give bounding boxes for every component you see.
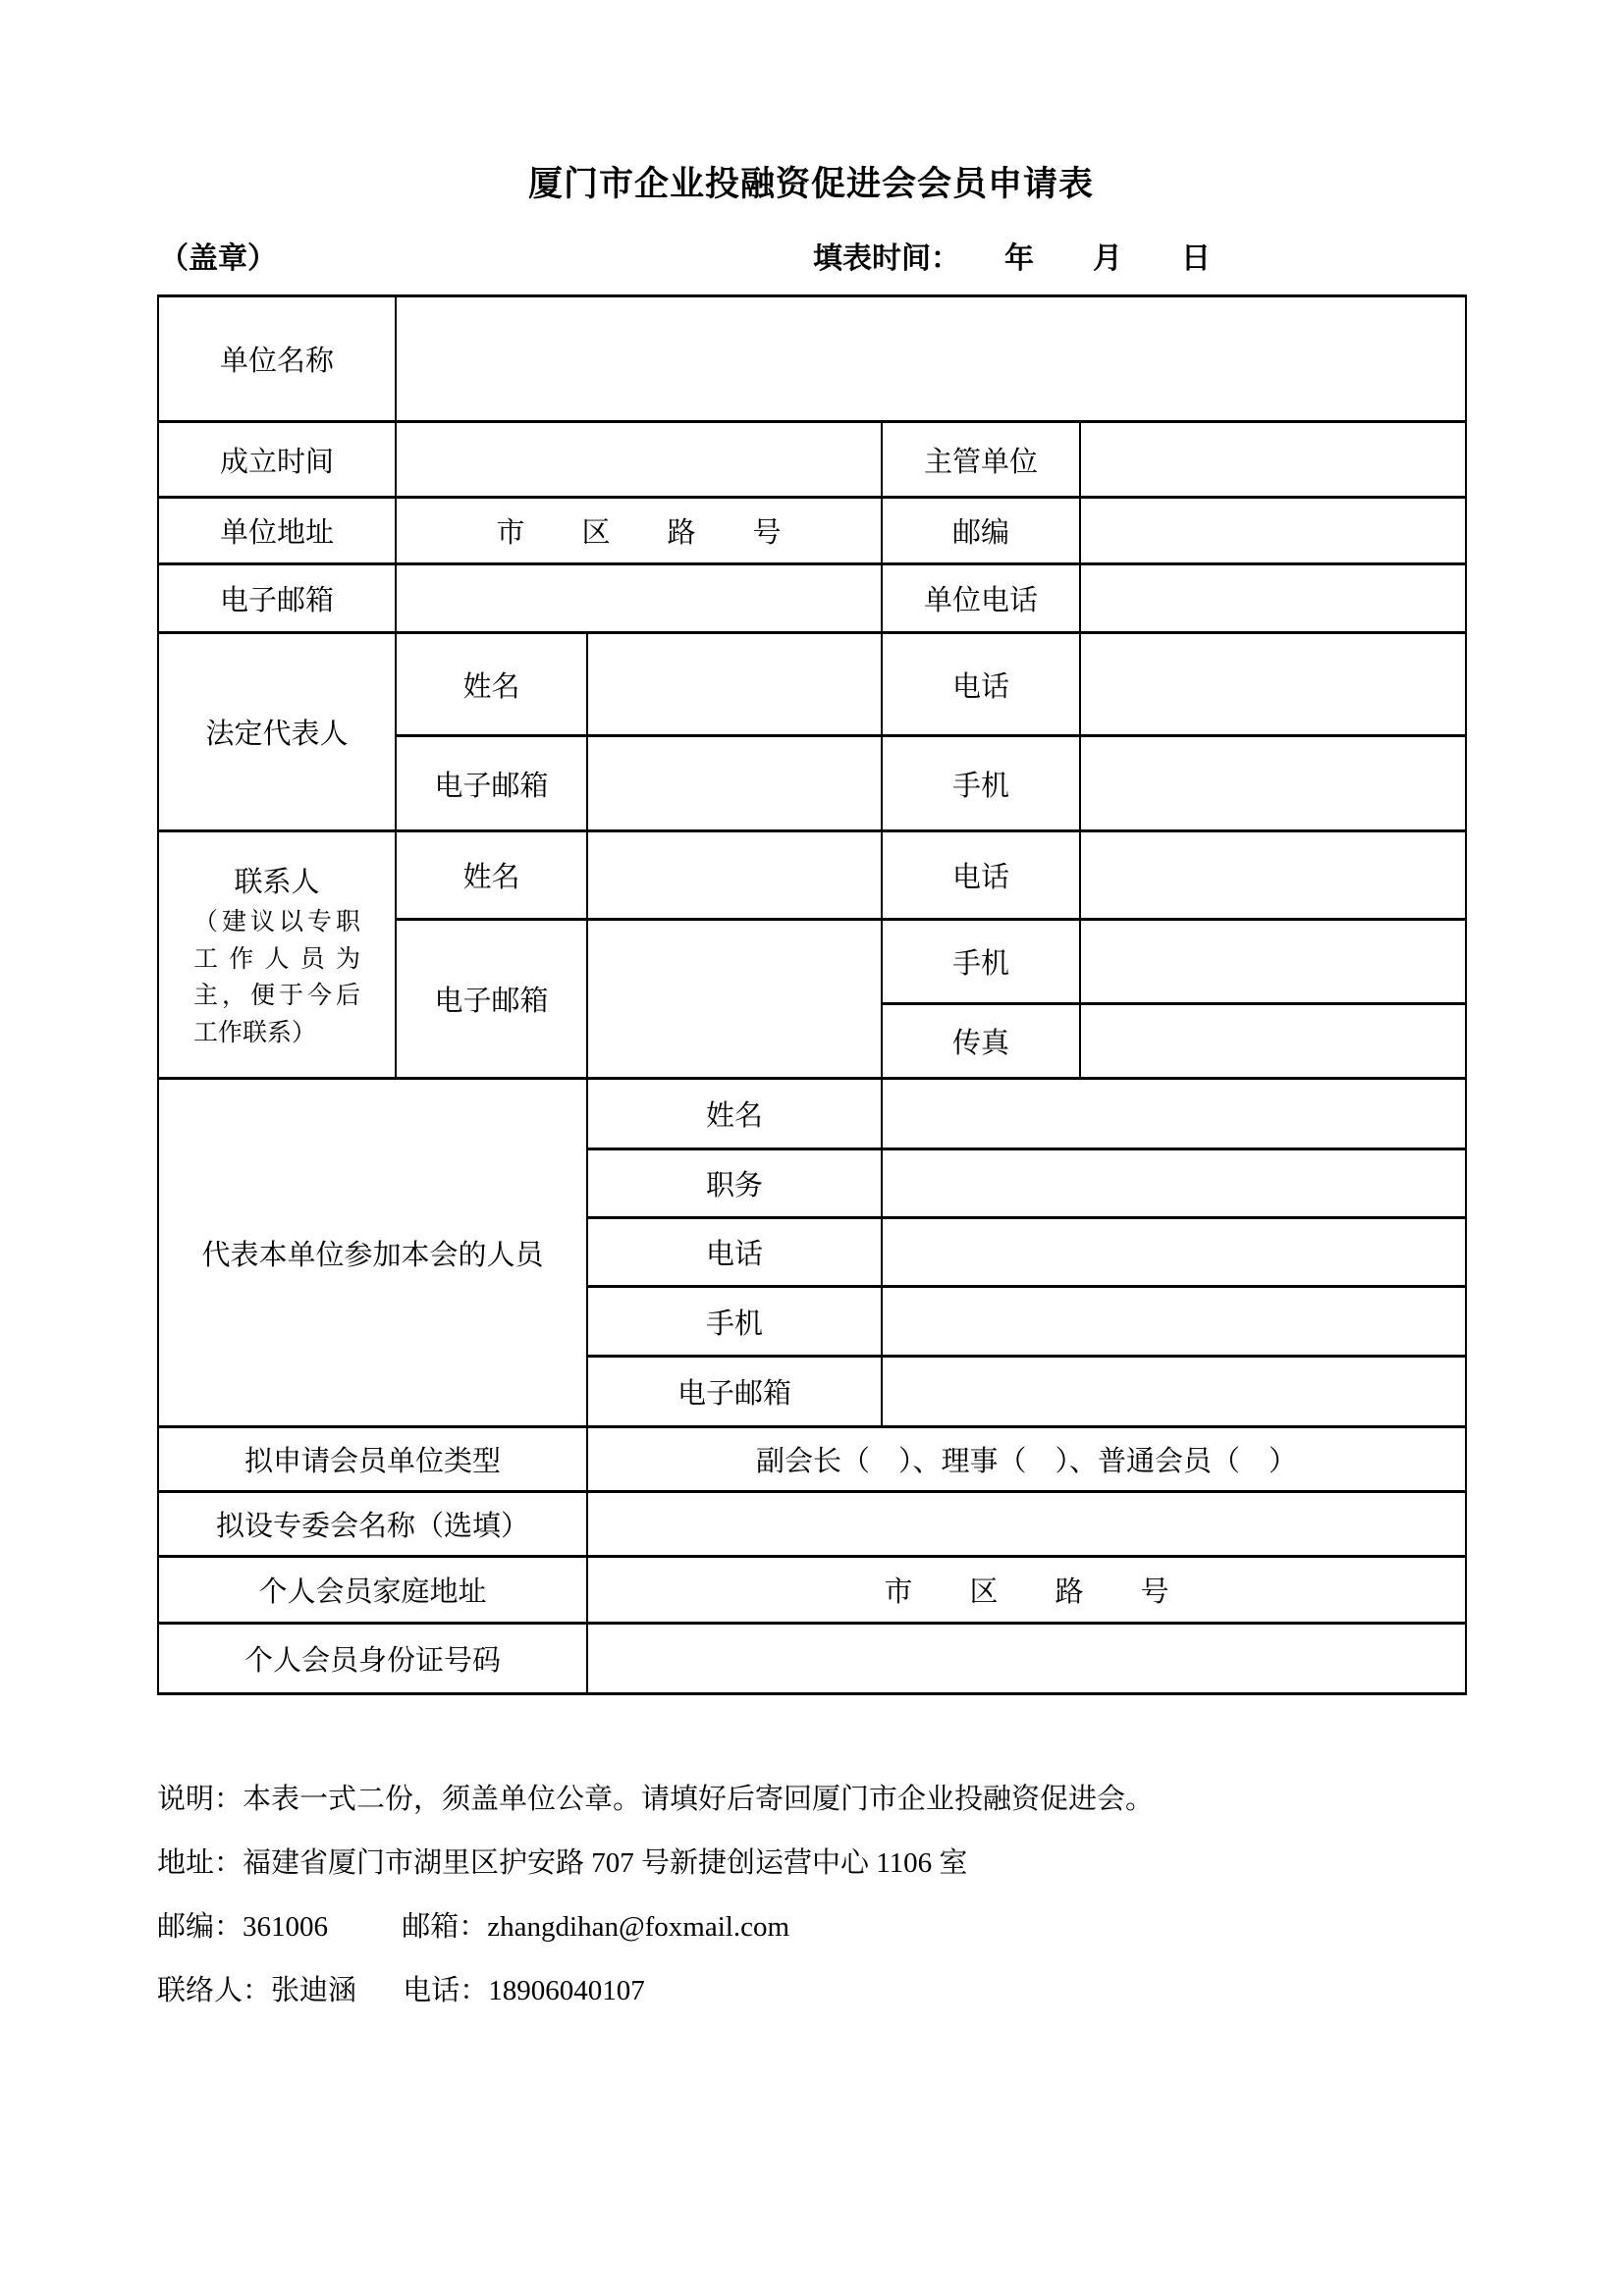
rep-members-label: 代表本单位参加本会的人员	[158, 1079, 587, 1427]
id-number-label: 个人会员身份证号码	[158, 1624, 587, 1694]
postcode-label: 邮编	[882, 498, 1080, 564]
home-address-label: 个人会员家庭地址	[158, 1557, 587, 1624]
rep-name-field	[882, 1079, 1466, 1149]
rep-phone-label: 电话	[587, 1218, 882, 1287]
supervisor-unit-label: 主管单位	[882, 422, 1080, 498]
application-table: 单位名称 成立时间 主管单位 单位地址 市 区 路 号 邮编 电子邮箱 单位电话…	[157, 294, 1467, 1695]
rep-phone-field	[882, 1218, 1466, 1287]
unit-name-label: 单位名称	[158, 296, 396, 422]
home-address-field: 市 区 路 号	[587, 1557, 1466, 1624]
legal-rep-name-field	[587, 633, 882, 736]
contact-phone-label: 电话	[882, 831, 1080, 920]
establish-time-label: 成立时间	[158, 422, 396, 498]
seal-label: （盖章）	[159, 234, 277, 277]
contact-email-label: 电子邮箱	[396, 920, 587, 1079]
legal-rep-email-field	[587, 736, 882, 831]
committee-name-label: 拟设专委会名称（选填）	[158, 1492, 587, 1557]
legal-rep-email-label: 电子邮箱	[396, 736, 587, 831]
unit-phone-label: 单位电话	[882, 564, 1080, 633]
subtitle-row: （盖章） 填表时间： 年 月 日	[157, 234, 1465, 283]
unit-address-field: 市 区 路 号	[396, 498, 882, 564]
legal-rep-label: 法定代表人	[158, 633, 396, 831]
legal-rep-phone-field	[1080, 633, 1466, 736]
note-line: 说明：本表一式二份，须盖单位公章。请填好后寄回厦门市企业投融资促进会。	[157, 1768, 1465, 1832]
member-type-label: 拟申请会员单位类型	[158, 1427, 587, 1492]
contact-label: 联系人	[159, 860, 395, 900]
establish-time-field	[396, 422, 882, 498]
fill-date-label: 填表时间： 年 月 日	[813, 234, 1211, 277]
unit-address-label: 单位地址	[158, 498, 396, 564]
id-number-field	[587, 1624, 1466, 1694]
contact-person-text: 联络人：张迪涵	[157, 1975, 356, 2006]
rep-mobile-label: 手机	[587, 1287, 882, 1357]
contact-line: 联络人：张迪涵 电话：18906040107	[157, 1959, 1465, 2023]
contact-note: （建议以专职工作人员为主，便于今后工作联系）	[193, 904, 360, 1051]
unit-phone-field	[1080, 564, 1466, 633]
postcode-field	[1080, 498, 1466, 564]
contact-email-field	[587, 920, 882, 1079]
postcode-line: 邮编：361006 邮箱：zhangdihan@foxmail.com	[157, 1896, 1465, 1959]
page-title: 厦门市企业投融资促进会会员申请表	[157, 157, 1465, 206]
rep-position-field	[882, 1149, 1466, 1218]
rep-name-label: 姓名	[587, 1079, 882, 1149]
postcode-text: 邮编：361006	[157, 1911, 328, 1943]
form-page: 厦门市企业投融资促进会会员申请表 （盖章） 填表时间： 年 月 日 单位名称 成…	[157, 0, 1465, 2023]
contact-label-cell: 联系人 （建议以专职工作人员为主，便于今后工作联系）	[158, 831, 396, 1079]
address-line: 地址：福建省厦门市湖里区护安路 707 号新捷创运营中心 1106 室	[157, 1832, 1465, 1896]
supervisor-unit-field	[1080, 422, 1466, 498]
contact-name-label: 姓名	[396, 831, 587, 920]
contact-mobile-label: 手机	[882, 920, 1080, 1004]
legal-rep-phone-label: 电话	[882, 633, 1080, 736]
rep-mobile-field	[882, 1287, 1466, 1357]
contact-phone-text: 电话：18906040107	[403, 1975, 645, 2006]
contact-phone-field	[1080, 831, 1466, 920]
contact-mobile-field	[1080, 920, 1466, 1004]
committee-name-field	[587, 1492, 1466, 1557]
rep-position-label: 职务	[587, 1149, 882, 1218]
contact-fax-label: 传真	[882, 1004, 1080, 1079]
member-type-options: 副会长（ ）、理事（ ）、普通会员（ ）	[587, 1427, 1466, 1492]
legal-rep-mobile-label: 手机	[882, 736, 1080, 831]
unit-email-field	[396, 564, 882, 633]
rep-email-label: 电子邮箱	[587, 1357, 882, 1427]
legal-rep-mobile-field	[1080, 736, 1466, 831]
legal-rep-name-label: 姓名	[396, 633, 587, 736]
unit-name-field	[396, 296, 1466, 422]
unit-email-label: 电子邮箱	[158, 564, 396, 633]
mailbox-text: 邮箱：zhangdihan@foxmail.com	[402, 1911, 789, 1943]
rep-email-field	[882, 1357, 1466, 1427]
contact-fax-field	[1080, 1004, 1466, 1079]
footer-notes: 说明：本表一式二份，须盖单位公章。请填好后寄回厦门市企业投融资促进会。 地址：福…	[157, 1768, 1465, 2023]
contact-name-field	[587, 831, 882, 920]
